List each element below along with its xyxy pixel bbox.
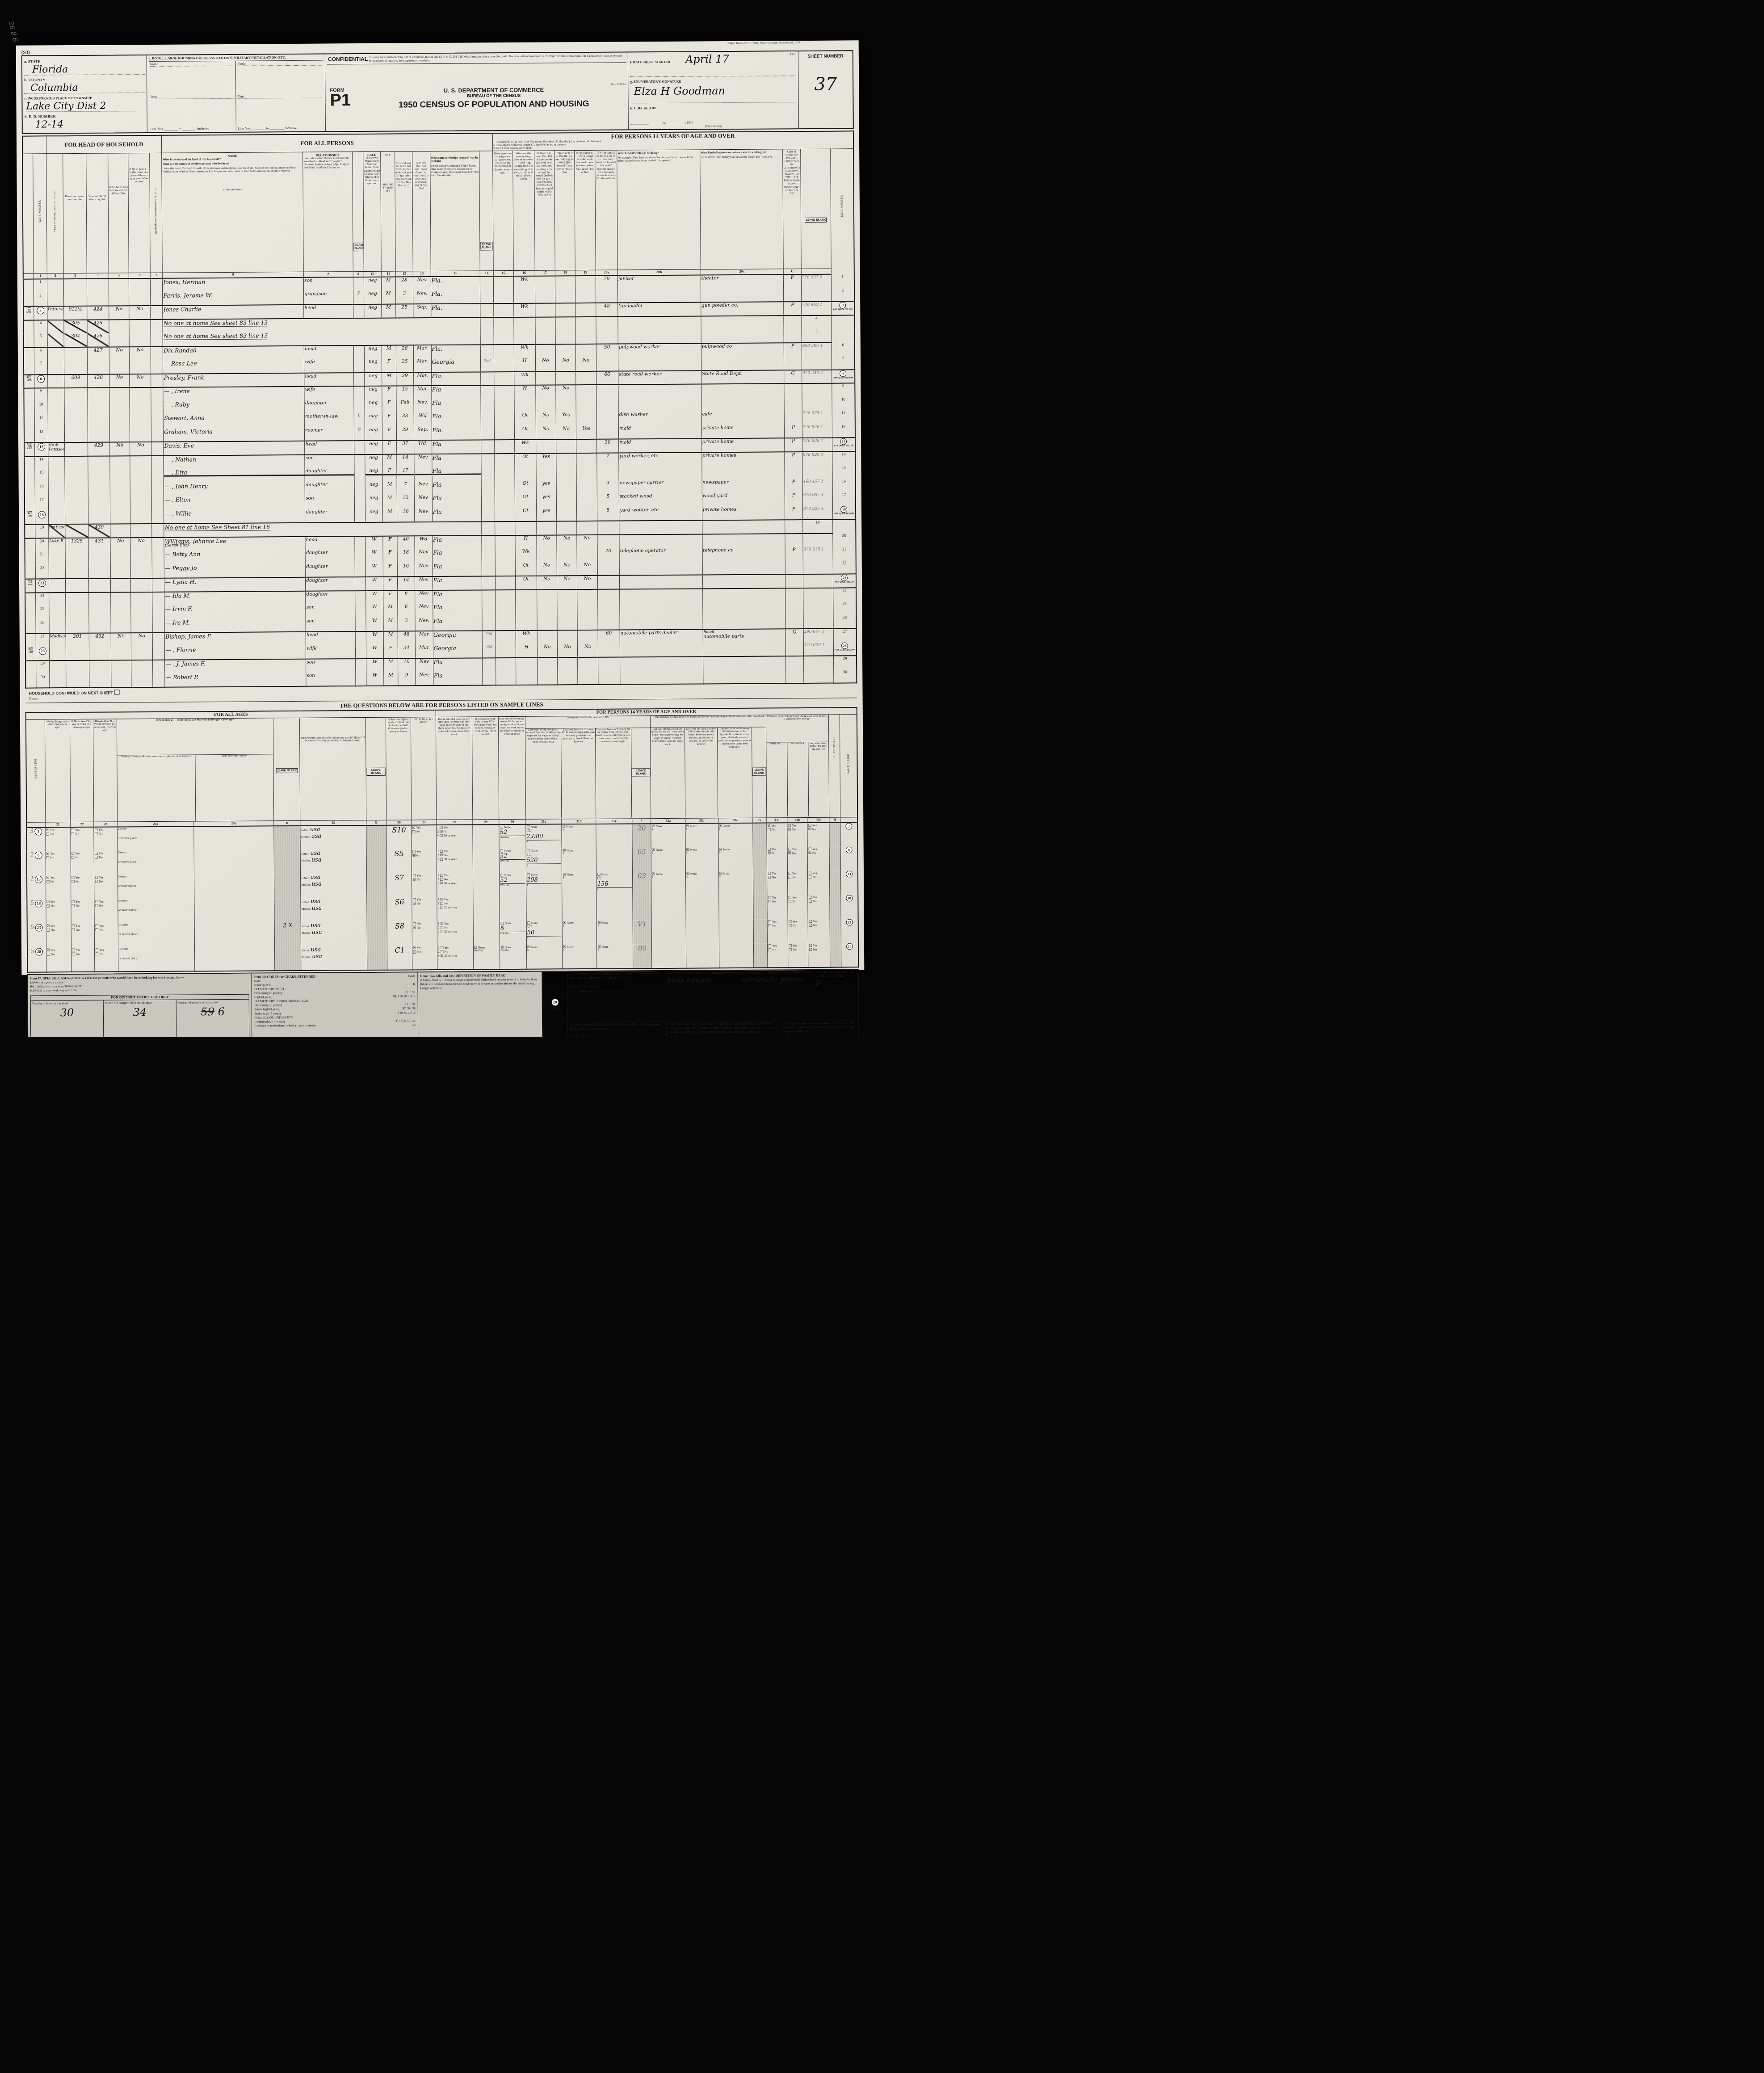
col-32-group: If this person is a family head (see def…	[650, 715, 767, 819]
looking-cell	[556, 480, 577, 494]
agri-questionnaire-cell	[151, 428, 164, 442]
sex-cell: F	[383, 536, 397, 550]
street-cell	[49, 620, 66, 634]
class-of-worker-cell: P	[785, 492, 803, 506]
q28-cell: 1 ☒ Yes2 □ Nov □ 30 or over	[437, 897, 473, 921]
line-number-right-cell: 8ASK QUES. BELOW	[832, 370, 855, 383]
enumeration-table: FOR HEAD OF HOUSEHOLD FOR ALL PERSONS FO…	[22, 130, 857, 688]
farm-cell	[110, 551, 131, 565]
serial-number-cell	[88, 483, 110, 497]
age-cell: 48	[398, 631, 416, 645]
agri-questionnaire-cell	[151, 387, 164, 401]
q32a-cell: ☒ None$	[651, 824, 685, 848]
sex-cell: M	[382, 304, 396, 318]
item-38-answer: 4	[784, 1034, 789, 1037]
occupation-cell	[618, 384, 701, 398]
industry-cell: newspaper	[702, 479, 785, 493]
farm-cell: No	[109, 374, 130, 388]
hours-cell	[596, 357, 618, 371]
activity-cell: Wk	[516, 631, 537, 644]
name-cell: — Lydia H.	[164, 577, 306, 592]
col-20c: Class of worker For PRIVATE employer (P)…	[783, 149, 801, 269]
marital-cell: Nev.	[416, 672, 433, 686]
vacancy-note-cell: No one at home See sheet 83 line 15	[163, 331, 480, 347]
farm-cell: No	[110, 442, 130, 456]
sex-cell: M	[384, 672, 398, 686]
line-number-cell: 12	[35, 429, 48, 443]
relationship-cell: wife	[304, 359, 354, 373]
leave-blank-b-cell: 058	[482, 631, 496, 644]
relationship-cell: son	[306, 604, 355, 618]
race-cell: neg	[364, 290, 382, 304]
class-of-worker-cell	[786, 643, 804, 656]
worked-cell: No	[537, 562, 557, 576]
industry-cell: private homes	[702, 506, 785, 521]
d-cell	[274, 874, 301, 898]
house-number-cell	[66, 647, 89, 660]
district-lines-count: 30	[32, 1005, 102, 1020]
relationship-cell: son	[306, 659, 356, 673]
leave-blank-b-cell	[481, 454, 495, 467]
q30-cell: □ None52(Weeks)	[500, 873, 526, 897]
q27-cell: □ Yes☒ No	[412, 873, 437, 897]
office-code-cell: 460 457 1	[802, 479, 832, 492]
line-number-cell: 22	[35, 565, 49, 579]
date-started-value: April 17	[685, 53, 729, 66]
class-of-worker-cell: O	[785, 629, 803, 643]
agri-questionnaire-cell	[152, 537, 164, 551]
house-number-cell	[64, 401, 88, 415]
agri-questionnaire-cell	[152, 551, 164, 565]
office-code-cell	[801, 288, 831, 302]
industry-cell: wood yard	[702, 492, 785, 507]
sample-line-marker	[24, 334, 34, 348]
relationship-cell: head	[304, 373, 354, 387]
bureau-title: BUREAU OF THE CENSUS	[361, 93, 626, 99]
q23-cell: □ Yes□ No	[94, 923, 118, 947]
q23-cell: □ Yes□ No	[94, 851, 118, 875]
looking-cell	[557, 589, 578, 603]
hours-cell	[596, 412, 619, 426]
marital-cell: Mar.	[414, 386, 432, 399]
serial-number-cell: 425	[87, 320, 109, 333]
occupation-cell	[619, 534, 702, 548]
e-cell	[367, 922, 387, 946]
house-number-cell	[66, 606, 89, 620]
house-number-cell: 911½	[64, 306, 87, 320]
hours-cell: 5	[597, 507, 619, 521]
acres-cell	[131, 578, 152, 592]
has-job-cell	[576, 453, 597, 467]
house-number-cell	[66, 674, 89, 688]
census-title: 1950 CENSUS OF POPULATION AND HOUSING	[361, 99, 626, 110]
col-23: If No in item 21—Was he living in this s…	[93, 719, 117, 821]
age-cell: 7	[397, 481, 415, 495]
street-cell	[48, 415, 65, 429]
line-number-cell: 28	[36, 647, 50, 661]
sample-line-marker	[24, 347, 34, 361]
footer: Item 17: SPECIAL CASES—Enter Yes also fo…	[27, 969, 859, 1037]
census-form-page: 26 8 6 Budget Bureau No. 41-R941. Approv…	[16, 40, 865, 975]
birthplace-cell: Fla	[432, 535, 482, 549]
naturalized-cell	[495, 467, 515, 481]
relationship-cell: son	[304, 277, 353, 291]
street-cell	[47, 374, 64, 388]
col-16: If H or Ot in item 15— Did this person d…	[534, 150, 555, 270]
activity-cell	[516, 658, 538, 672]
looking-cell	[556, 453, 577, 467]
marital-cell: Nev	[415, 563, 433, 577]
acres-cell	[130, 429, 151, 442]
looking-cell: No	[557, 644, 578, 658]
industry-cell	[703, 656, 786, 670]
race-cell: W	[366, 659, 384, 673]
sample-lines-table: FOR ALL AGES FOR PERSONS 14 YEARS OF AGE…	[25, 707, 859, 972]
looking-cell: No	[555, 357, 576, 371]
line-number-cell: 13	[35, 442, 48, 456]
class-of-worker-cell: P	[785, 438, 802, 452]
occupation-cell	[620, 656, 703, 671]
line-number-right-cell: 20	[833, 533, 856, 547]
birthplace-cell: Fla	[432, 399, 481, 413]
worked-cell: No	[535, 357, 556, 371]
looking-cell	[556, 439, 577, 453]
has-job-cell	[575, 289, 596, 303]
naturalized-cell	[494, 399, 515, 413]
e-cell	[366, 874, 387, 898]
leave-blank-b-cell: 058	[483, 644, 496, 658]
occupation-cell	[620, 575, 703, 589]
q32a-cell: ☒ None$	[651, 872, 686, 896]
marital-cell: Nev.	[413, 290, 431, 304]
col-26: What is the highest grade of school that…	[386, 717, 411, 820]
age-cell: 18	[397, 549, 415, 563]
agri-questionnaire-cell	[152, 619, 165, 633]
q24b-cell	[195, 946, 275, 971]
house-number-cell	[64, 388, 88, 402]
sample-line-marker	[24, 361, 34, 375]
has-job-cell	[578, 657, 598, 671]
sample-line-right-cell: 8	[840, 846, 858, 870]
q26-cell: S10	[386, 825, 412, 849]
office-code-cell	[802, 397, 832, 411]
relationship-cell: daughter	[306, 563, 355, 577]
district-persons-corrected: 6	[218, 1005, 225, 1018]
serial-number-cell	[87, 361, 109, 374]
family-head-box: Items 32a, 32b, and 32c: DEFINITION OF F…	[418, 972, 543, 1037]
worked-cell: Yes	[536, 453, 556, 467]
name-cell: — , Florrie	[165, 645, 306, 660]
has-job-cell	[577, 589, 598, 603]
col-15: What was this person doing most of last …	[513, 151, 535, 270]
industry-cell: pulpwood co	[701, 343, 784, 357]
class-of-worker-cell	[785, 465, 802, 479]
q26-cell: S5	[386, 849, 412, 873]
agri-questionnaire-cell	[150, 306, 163, 320]
house-number-cell: 1325	[65, 538, 88, 551]
activity-cell: Wk	[515, 549, 537, 563]
q21-cell: ☒ Yes□ No	[46, 851, 71, 875]
name-cell: Stewart, Anna	[164, 414, 305, 428]
leave-blank-a-cell	[354, 373, 365, 387]
industry-cell: gun powder co.	[701, 302, 784, 316]
looking-cell	[556, 467, 577, 480]
office-code-cell: 720 826 1	[802, 438, 832, 452]
farm-cell	[109, 401, 130, 415]
has-job-cell	[576, 344, 596, 357]
looking-cell: No	[556, 385, 576, 399]
has-job-cell: No	[578, 643, 598, 657]
serial-number-cell	[88, 592, 111, 606]
farm-cell	[111, 674, 132, 688]
age-cell: 29	[396, 372, 414, 386]
worked-cell	[536, 467, 556, 480]
line-number-right-cell: 10	[832, 397, 855, 411]
serial-number-cell: 427	[87, 347, 109, 361]
name-cell: — Betty Ann	[164, 550, 305, 564]
naturalized-cell	[496, 644, 516, 658]
industry-cell	[702, 561, 785, 575]
g-cell	[753, 823, 767, 847]
h-cell	[830, 943, 841, 967]
leave-blank-a-cell: 5	[353, 291, 364, 305]
line-number-right-cell: 6	[832, 342, 855, 356]
house-number-cell: 305	[64, 320, 87, 333]
industry-cell: Retailautomobile parts	[703, 629, 786, 643]
industry-cell	[702, 465, 785, 479]
street-cell	[48, 402, 65, 416]
agri-questionnaire-cell	[150, 278, 163, 292]
farm-cell	[111, 606, 131, 619]
has-job-cell: No	[576, 357, 596, 371]
looking-cell: No	[557, 576, 577, 589]
agri-questionnaire-cell	[150, 292, 163, 306]
industry-cell	[701, 356, 784, 370]
activity-cell: H	[515, 535, 537, 549]
q32b-cell	[686, 944, 719, 968]
q32c-cell	[719, 920, 753, 944]
confidential-text: This inquiry is authorized by Act of Con…	[369, 54, 625, 63]
confidential-label: CONFIDENTIAL	[328, 56, 369, 63]
street-cell: Patterson	[47, 306, 64, 320]
hours-cell	[596, 289, 618, 303]
sample-line-marker	[24, 456, 35, 470]
activity-cell: Wk	[514, 344, 535, 358]
activity-cell: Wk	[514, 371, 536, 385]
leave-blank-b-cell: 058	[481, 358, 494, 372]
q32b-cell	[686, 920, 719, 944]
sample-column-header-row: SAMPLE LINE Was he living in this same h…	[26, 714, 857, 822]
e-cell	[366, 849, 387, 874]
hotel-col-1: Name Type Line Nos. ________ to ________…	[149, 61, 237, 131]
birthplace-cell: Fla	[433, 672, 483, 685]
house-number-cell	[65, 429, 88, 442]
q33a-cell: □ Yes☒ No	[767, 847, 787, 871]
farm-cell	[111, 660, 132, 674]
hours-cell	[598, 603, 620, 617]
birthplace-cell: Fla.	[431, 277, 480, 290]
street-cell	[48, 511, 65, 525]
serial-number-cell	[88, 606, 111, 620]
acres-cell	[130, 401, 151, 415]
occupation-cell	[618, 357, 701, 371]
q28-cell: 1 □ Yes2 ☒ Nov □ 30 or over	[437, 849, 473, 873]
street-cell	[49, 660, 66, 674]
worked-cell: No	[536, 426, 556, 440]
occupation-cell: stacked wood	[619, 493, 702, 507]
street-cell	[49, 565, 66, 579]
class-of-worker-cell: P	[785, 506, 803, 520]
q24b-cell	[194, 874, 274, 899]
leave-blank-b-cell	[482, 576, 496, 590]
serial-number-cell: 432	[89, 633, 111, 647]
marital-cell: Sep.	[414, 427, 432, 441]
farm-cell	[111, 592, 131, 606]
class-of-worker-cell: G	[784, 370, 802, 384]
name-cell: Dix Randall	[163, 345, 304, 360]
line-number-cell: 21	[35, 551, 49, 565]
hours-cell	[597, 534, 620, 548]
section-all-persons: FOR ALL PERSONS	[162, 133, 493, 153]
acres-cell: No	[130, 347, 151, 361]
relationship-cell: daughter	[304, 400, 354, 414]
birthplace-cell: Fla	[433, 549, 482, 563]
marital-cell: Mar.	[414, 358, 432, 372]
occupation-cell: dish washer	[618, 411, 701, 425]
naturalized-cell	[494, 358, 514, 372]
office-code-cell	[803, 669, 833, 683]
naturalized-cell	[496, 658, 516, 672]
q29-cell	[473, 849, 500, 873]
acres-cell	[131, 606, 152, 619]
line-number-right-cell: 2	[831, 288, 854, 302]
leave-blank-a-cell: 9	[354, 427, 365, 441]
item-35b: 35b. What kind of business or industry d…	[742, 971, 817, 1020]
item-35c-answer: P	[816, 979, 857, 988]
serial-number-cell	[88, 429, 110, 442]
leave-blank-b-cell	[483, 658, 496, 672]
hours-cell: 3	[597, 480, 619, 494]
q32a-cell	[651, 920, 686, 944]
agri-questionnaire-cell	[151, 374, 163, 387]
col-line-number-right: LINE NUMBER	[831, 148, 854, 268]
f-cell: 20	[632, 824, 651, 848]
col-24-group: If No in item 23— What county and State …	[117, 718, 274, 821]
class-of-worker-cell	[784, 288, 802, 302]
race-cell: W	[365, 550, 383, 563]
sample-line-right-cell: 23	[841, 919, 858, 943]
has-job-cell: No	[577, 562, 598, 576]
serial-number-cell	[88, 470, 110, 484]
hours-cell	[598, 643, 620, 657]
q32b-cell: ☒ None$	[685, 823, 718, 847]
age-cell: 14	[397, 576, 415, 590]
street-cell: Pattison	[49, 524, 66, 538]
q29-cell	[473, 897, 500, 921]
office-code-cell	[802, 465, 832, 479]
looking-cell: No	[556, 426, 576, 440]
q31c-cell: ☒ None$	[597, 920, 633, 944]
street-cell	[47, 279, 64, 293]
col-d: LEAVE BLANK	[273, 718, 300, 820]
hours-cell	[597, 589, 620, 603]
looking-cell	[557, 548, 577, 562]
house-number-cell: 609	[64, 374, 88, 388]
serial-number-cell	[89, 660, 111, 674]
q32b-cell: ☒ None$	[685, 847, 718, 871]
house-number-cell	[65, 415, 88, 429]
hours-cell	[597, 467, 619, 480]
q24a-cell: County:or nearest place:	[118, 875, 194, 899]
col-31-group: Income received by this person in 1949 L…	[525, 715, 651, 819]
line-number-right-cell: 14	[832, 451, 856, 465]
has-job-cell	[575, 276, 596, 290]
q33b-cell: □ Yes☒ No	[787, 823, 808, 847]
line-number-cell: 18	[35, 511, 49, 525]
has-job-cell	[576, 439, 597, 453]
name-cell: Farris, Jerome W.	[163, 291, 304, 305]
class-of-worker-cell	[784, 383, 802, 397]
hours-cell	[598, 657, 620, 671]
leave-blank-a-cell	[354, 468, 365, 482]
sample-line-cell: 2 8	[27, 851, 46, 875]
q33a-cell: ☒ Yes□ No	[767, 823, 787, 847]
age-cell: 3	[398, 618, 416, 631]
relationship-cell: daughter	[305, 482, 354, 496]
q24b-cell	[194, 850, 274, 875]
q31c-cell	[596, 896, 633, 920]
street-cell	[47, 320, 64, 334]
e-cell	[366, 825, 386, 849]
q28-cell: 1 □ Yes2 □ Nov ☒ 30 or over	[437, 946, 474, 970]
farm-cell	[110, 469, 130, 483]
activity-cell: H	[516, 644, 538, 658]
occupation-cell: newspaper carrier	[619, 479, 702, 494]
age-cell: 34	[398, 645, 416, 659]
industry-cell: cafe	[701, 411, 785, 425]
hours-cell: 48	[596, 303, 618, 317]
items-34-38: 34. To enumerator: If worked last year (…	[567, 970, 858, 1037]
race-cell: W	[366, 672, 384, 686]
q28-cell: 1 □ Yes2 ☒ Nov □ 30 or over	[437, 825, 473, 849]
acres-cell: No	[130, 442, 151, 456]
worked-cell: No	[535, 385, 556, 399]
leave-blank-a-cell	[355, 645, 366, 659]
serial-number-cell: 426	[87, 333, 109, 347]
relationship-cell: son	[305, 454, 354, 468]
leave-blank-b-cell	[480, 345, 494, 358]
col-line-number: LINE NUMBER	[33, 153, 47, 273]
sample-line-marker	[25, 661, 36, 675]
line-number-right-cell: 24	[833, 588, 857, 601]
birthplace-cell: Fla	[433, 617, 483, 631]
age-cell: 26	[396, 345, 414, 359]
sample-line-marker	[25, 593, 36, 606]
class-of-worker-cell	[786, 670, 804, 684]
naturalized-cell	[495, 454, 515, 467]
line-number-cell: 27	[36, 633, 49, 647]
q27-cell: ☒ Yes□ No	[412, 946, 437, 970]
activity-cell	[514, 399, 536, 412]
occupation-cell: yard worker, etc	[619, 452, 702, 467]
sex-cell: F	[382, 427, 396, 441]
line-number-right-cell: 13ASK QUES. BELOW	[832, 437, 855, 451]
farm-cell	[110, 524, 131, 538]
leave-blank-b-cell	[482, 590, 496, 604]
sample-line-marker	[25, 552, 36, 566]
checked-by-label: h. CHECKED BY	[630, 106, 656, 110]
race-cell: W	[366, 618, 384, 631]
